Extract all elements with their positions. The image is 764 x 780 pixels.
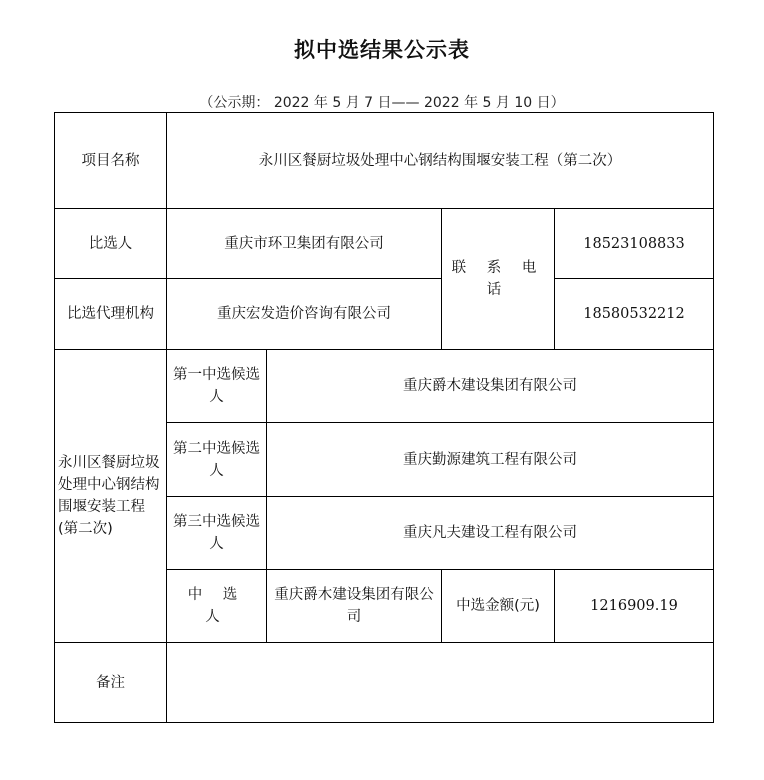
result-table: 项目名称 永川区餐厨垃圾处理中心钢结构围堰安装工程（第二次） 比选人 重庆市环卫… [54,112,714,723]
amount-label: 中选金额(元) [442,570,555,643]
table-row-selector: 比选人 重庆市环卫集团有限公司 联 系 电 话 18523108833 [55,209,714,279]
selector-value: 重庆市环卫集团有限公司 [167,209,442,279]
contact-phone-label: 联 系 电 话 [442,209,555,350]
selector-phone: 18523108833 [555,209,714,279]
winner-label: 中 选 人 [167,570,267,643]
document-title: 拟中选结果公示表 [0,34,764,64]
candidate-rank-label: 第二中选候选人 [167,423,267,497]
table-row-candidate-1: 永川区餐厨垃圾处理中心钢结构围堰安装工程(第二次) 第一中选候选人 重庆爵木建设… [55,350,714,423]
candidate-rank-label: 第一中选候选人 [167,350,267,423]
table-row-remarks: 备注 [55,643,714,723]
agency-label: 比选代理机构 [55,279,167,350]
candidate-company: 重庆爵木建设集团有限公司 [267,350,714,423]
project-name-value: 永川区餐厨垃圾处理中心钢结构围堰安装工程（第二次） [167,113,714,209]
agency-phone: 18580532212 [555,279,714,350]
remarks-value [167,643,714,723]
candidate-company: 重庆勤源建筑工程有限公司 [267,423,714,497]
winner-value: 重庆爵木建设集团有限公司 [267,570,442,643]
selector-label: 比选人 [55,209,167,279]
agency-value: 重庆宏发造价咨询有限公司 [167,279,442,350]
amount-value: 1216909.19 [555,570,714,643]
project-group-label: 永川区餐厨垃圾处理中心钢结构围堰安装工程(第二次) [55,350,167,643]
table-row-agency: 比选代理机构 重庆宏发造价咨询有限公司 18580532212 [55,279,714,350]
table-row-project-name: 项目名称 永川区餐厨垃圾处理中心钢结构围堰安装工程（第二次） [55,113,714,209]
publicity-period: （公示期： 2022 年 5 月 7 日—— 2022 年 5 月 10 日） [0,92,764,112]
candidate-company: 重庆凡夫建设工程有限公司 [267,497,714,570]
project-name-label: 项目名称 [55,113,167,209]
candidate-rank-label: 第三中选候选人 [167,497,267,570]
remarks-label: 备注 [55,643,167,723]
